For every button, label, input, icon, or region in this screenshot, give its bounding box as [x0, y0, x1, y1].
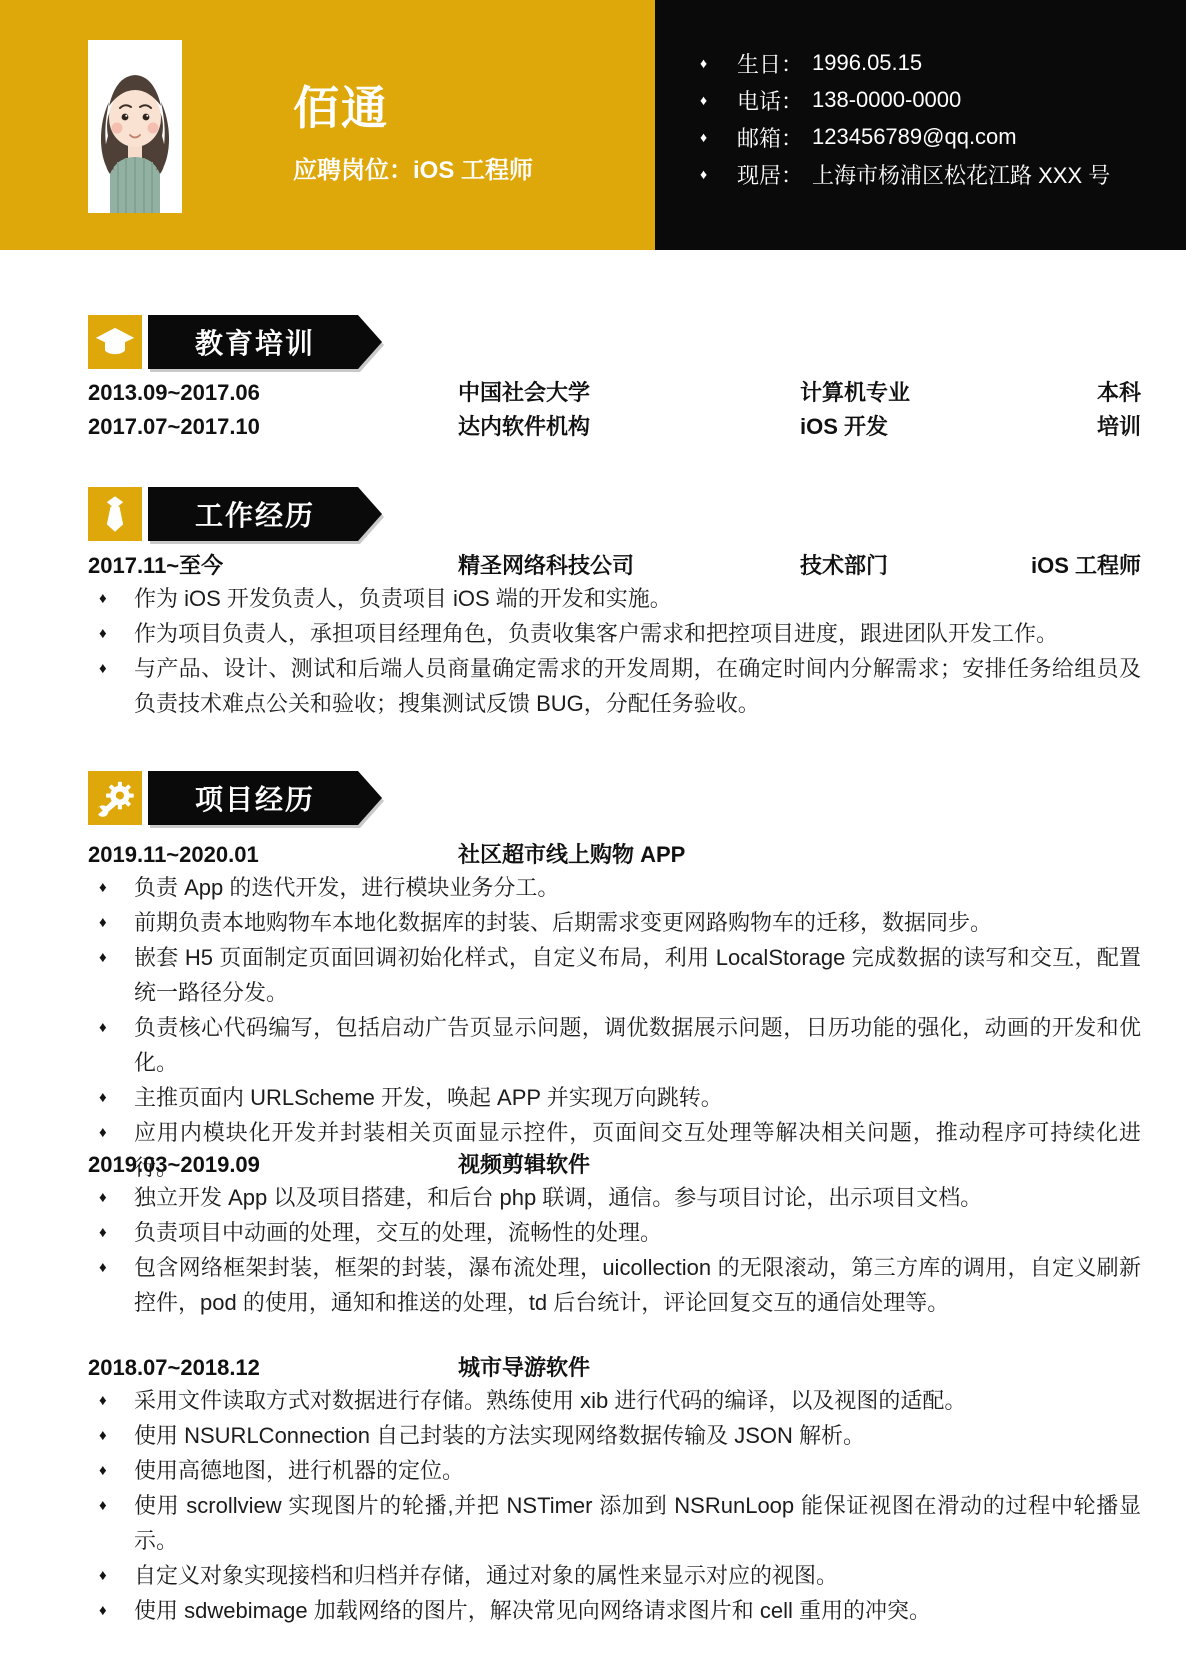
bullet-text: 使用 scrollview 实现图片的轮播,并把 NSTimer 添加到 NSR…: [134, 1493, 1141, 1553]
project-header-row: 2018.07~2018.12 城市导游软件: [88, 1351, 1141, 1385]
bullet-text: 使用 NSURLConnection 自己封装的方法实现网络数据传输及 JSON…: [134, 1423, 865, 1448]
bullet-item: ♦使用高德地图，进行机器的定位。: [88, 1453, 1141, 1488]
bullet-item: ♦与产品、设计、测试和后端人员商量确定需求的开发周期，在确定时间内分解需求；安排…: [88, 651, 1141, 721]
contact-label: 电话：: [737, 85, 803, 116]
bullet-item: ♦负责核心代码编写，包括启动广告页显示问题，调优数据展示问题，日历功能的强化，动…: [88, 1010, 1141, 1080]
diamond-icon: ♦: [99, 1593, 107, 1628]
project-period: 2019.03~2019.09: [88, 1148, 458, 1182]
bullet-item: ♦负责项目中动画的处理，交互的处理，流畅性的处理。: [88, 1215, 1141, 1250]
contact-value: 1996.05.15: [812, 50, 922, 76]
edu-degree: 培训: [1097, 410, 1141, 444]
edu-period: 2013.09~2017.06: [88, 376, 458, 410]
diamond-icon: ♦: [99, 1453, 107, 1488]
diamond-icon: ♦: [99, 1115, 107, 1150]
diamond-icon: ♦: [99, 1250, 107, 1285]
bullet-text: 与产品、设计、测试和后端人员商量确定需求的开发周期，在确定时间内分解需求；安排任…: [134, 656, 1141, 716]
section-icon-box: [88, 315, 142, 369]
bullet-item: ♦作为项目负责人，承担项目经理角色，负责收集客户需求和把控项目进度，跟进团队开发…: [88, 616, 1141, 651]
project-period: 2019.11~2020.01: [88, 838, 458, 872]
work-department: 技术部门: [800, 549, 1031, 583]
profile-photo: [88, 40, 182, 213]
work-bullets: ♦作为 iOS 开发负责人，负责项目 iOS 端的开发和实施。 ♦作为项目负责人…: [88, 581, 1141, 721]
project-period: 2018.07~2018.12: [88, 1351, 458, 1385]
section-banner: 项目经历: [148, 771, 382, 825]
diamond-icon: ♦: [99, 870, 107, 905]
bullet-text: 包含网络框架封装，框架的封装，瀑布流处理，uicollection 的无限滚动，…: [134, 1255, 1141, 1315]
project-name: 社区超市线上购物 APP: [458, 838, 1141, 872]
diamond-icon: ♦: [99, 1418, 107, 1453]
bullet-text: 自定义对象实现接档和归档并存储，通过对象的属性来显示对应的视图。: [134, 1563, 838, 1588]
diamond-icon: ♦: [700, 92, 737, 108]
diamond-icon: ♦: [99, 1558, 107, 1593]
bullet-text: 负责 App 的迭代开发，进行模块业务分工。: [134, 875, 559, 900]
section-banner: 工作经历: [148, 487, 382, 541]
contact-list: ♦生日：1996.05.15 ♦电话：138-0000-0000 ♦邮箱：123…: [700, 50, 1170, 198]
diamond-icon: ♦: [99, 940, 107, 975]
education-row: 2013.09~2017.06 中国社会大学 计算机专业 本科: [88, 376, 1141, 410]
work-role: iOS 工程师: [1031, 549, 1141, 583]
project-header-row: 2019.03~2019.09 视频剪辑软件: [88, 1148, 1141, 1182]
contact-item-address: ♦现居：上海市杨浦区松花江路 XXX 号: [700, 161, 1170, 187]
diamond-icon: ♦: [99, 1215, 107, 1250]
diamond-icon: ♦: [700, 55, 737, 71]
bullet-text: 主推页面内 URLScheme 开发，唤起 APP 并实现万向跳转。: [134, 1085, 723, 1110]
diamond-icon: ♦: [99, 1080, 107, 1115]
contact-label: 生日：: [737, 48, 803, 79]
edu-school: 中国社会大学: [458, 376, 800, 410]
bullet-item: ♦使用 sdwebimage 加载网络的图片，解决常见向网络请求图片和 cell…: [88, 1593, 1141, 1628]
project-name: 城市导游软件: [458, 1351, 1141, 1385]
project-bullets: ♦采用文件读取方式对数据进行存储。熟练使用 xib 进行代码的编译，以及视图的适…: [88, 1383, 1141, 1628]
diamond-icon: ♦: [700, 129, 737, 145]
diamond-icon: ♦: [99, 1010, 107, 1045]
bullet-item: ♦作为 iOS 开发负责人，负责项目 iOS 端的开发和实施。: [88, 581, 1141, 616]
bullet-item: ♦嵌套 H5 页面制定页面回调初始化样式，自定义布局，利用 LocalStora…: [88, 940, 1141, 1010]
section-icon-box: [88, 771, 142, 825]
edu-major: iOS 开发: [800, 410, 1097, 444]
bullet-text: 前期负责本地购物车本地化数据库的封装、后期需求变更网路购物车的迁移，数据同步。: [134, 910, 992, 935]
contact-item-email: ♦邮箱：123456789@qq.com: [700, 124, 1170, 150]
edu-major: 计算机专业: [800, 376, 1097, 410]
project-name: 视频剪辑软件: [458, 1148, 1141, 1182]
edu-degree: 本科: [1097, 376, 1141, 410]
bullet-item: ♦采用文件读取方式对数据进行存储。熟练使用 xib 进行代码的编译，以及视图的适…: [88, 1383, 1141, 1418]
project-bullets: ♦独立开发 App 以及项目搭建，和后台 php 联调，通信。参与项目讨论，出示…: [88, 1180, 1141, 1320]
bullet-text: 使用高德地图，进行机器的定位。: [134, 1458, 464, 1483]
contact-item-birthday: ♦生日：1996.05.15: [700, 50, 1170, 76]
contact-label: 邮箱：: [737, 122, 803, 153]
bullet-text: 嵌套 H5 页面制定页面回调初始化样式，自定义布局，利用 LocalStorag…: [134, 945, 1141, 1005]
graduation-cap-icon: [92, 322, 138, 362]
tie-icon: [95, 493, 135, 535]
gear-wrench-icon: [93, 776, 137, 820]
bullet-item: ♦包含网络框架封装，框架的封装，瀑布流处理，uicollection 的无限滚动…: [88, 1250, 1141, 1320]
diamond-icon: ♦: [99, 651, 107, 686]
bullet-text: 作为 iOS 开发负责人，负责项目 iOS 端的开发和实施。: [134, 586, 672, 611]
edu-period: 2017.07~2017.10: [88, 410, 458, 444]
bullet-item: ♦使用 scrollview 实现图片的轮播,并把 NSTimer 添加到 NS…: [88, 1488, 1141, 1558]
contact-value: 123456789@qq.com: [812, 124, 1017, 150]
bullet-item: ♦使用 NSURLConnection 自己封装的方法实现网络数据传输及 JSO…: [88, 1418, 1141, 1453]
work-period: 2017.11~至今: [88, 549, 458, 583]
project-header-row: 2019.11~2020.01 社区超市线上购物 APP: [88, 838, 1141, 872]
section-title: 项目经历: [148, 771, 382, 825]
bullet-text: 作为项目负责人，承担项目经理角色，负责收集客户需求和把控项目进度，跟进团队开发工…: [134, 621, 1058, 646]
diamond-icon: ♦: [99, 616, 107, 651]
bullet-text: 负责项目中动画的处理，交互的处理，流畅性的处理。: [134, 1220, 662, 1245]
diamond-icon: ♦: [99, 581, 107, 616]
bullet-item: ♦主推页面内 URLScheme 开发，唤起 APP 并实现万向跳转。: [88, 1080, 1141, 1115]
project-bullets: ♦负责 App 的迭代开发，进行模块业务分工。 ♦前期负责本地购物车本地化数据库…: [88, 870, 1141, 1185]
bullet-item: ♦独立开发 App 以及项目搭建，和后台 php 联调，通信。参与项目讨论，出示…: [88, 1180, 1141, 1215]
resume-page: 佰通 应聘岗位：iOS 工程师 ♦生日：1996.05.15 ♦电话：138-0…: [0, 0, 1186, 1679]
bullet-text: 独立开发 App 以及项目搭建，和后台 php 联调，通信。参与项目讨论，出示项…: [134, 1185, 982, 1210]
bullet-text: 负责核心代码编写，包括启动广告页显示问题，调优数据展示问题，日历功能的强化，动画…: [134, 1015, 1141, 1075]
diamond-icon: ♦: [99, 905, 107, 940]
section-banner: 教育培训: [148, 315, 382, 369]
contact-value: 上海市杨浦区松花江路 XXX 号: [812, 159, 1110, 190]
contact-label: 现居：: [737, 159, 803, 190]
edu-school: 达内软件机构: [458, 410, 800, 444]
avatar-illustration: [88, 40, 182, 213]
section-icon-box: [88, 487, 142, 541]
bullet-item: ♦自定义对象实现接档和归档并存储，通过对象的属性来显示对应的视图。: [88, 1558, 1141, 1593]
bullet-item: ♦负责 App 的迭代开发，进行模块业务分工。: [88, 870, 1141, 905]
diamond-icon: ♦: [700, 166, 737, 182]
bullet-text: 采用文件读取方式对数据进行存储。熟练使用 xib 进行代码的编译，以及视图的适配…: [134, 1388, 966, 1413]
education-row: 2017.07~2017.10 达内软件机构 iOS 开发 培训: [88, 410, 1141, 444]
section-title: 教育培训: [148, 315, 382, 369]
diamond-icon: ♦: [99, 1383, 107, 1418]
applied-position: 应聘岗位：iOS 工程师: [293, 150, 533, 185]
section-title: 工作经历: [148, 487, 382, 541]
work-header-row: 2017.11~至今 精圣网络科技公司 技术部门 iOS 工程师: [88, 549, 1141, 583]
diamond-icon: ♦: [99, 1488, 107, 1523]
candidate-name: 佰通: [293, 72, 389, 138]
work-company: 精圣网络科技公司: [458, 549, 800, 583]
bullet-text: 使用 sdwebimage 加载网络的图片，解决常见向网络请求图片和 cell …: [134, 1598, 931, 1623]
diamond-icon: ♦: [99, 1180, 107, 1215]
bullet-item: ♦前期负责本地购物车本地化数据库的封装、后期需求变更网路购物车的迁移，数据同步。: [88, 905, 1141, 940]
contact-value: 138-0000-0000: [812, 87, 961, 113]
contact-item-phone: ♦电话：138-0000-0000: [700, 87, 1170, 113]
